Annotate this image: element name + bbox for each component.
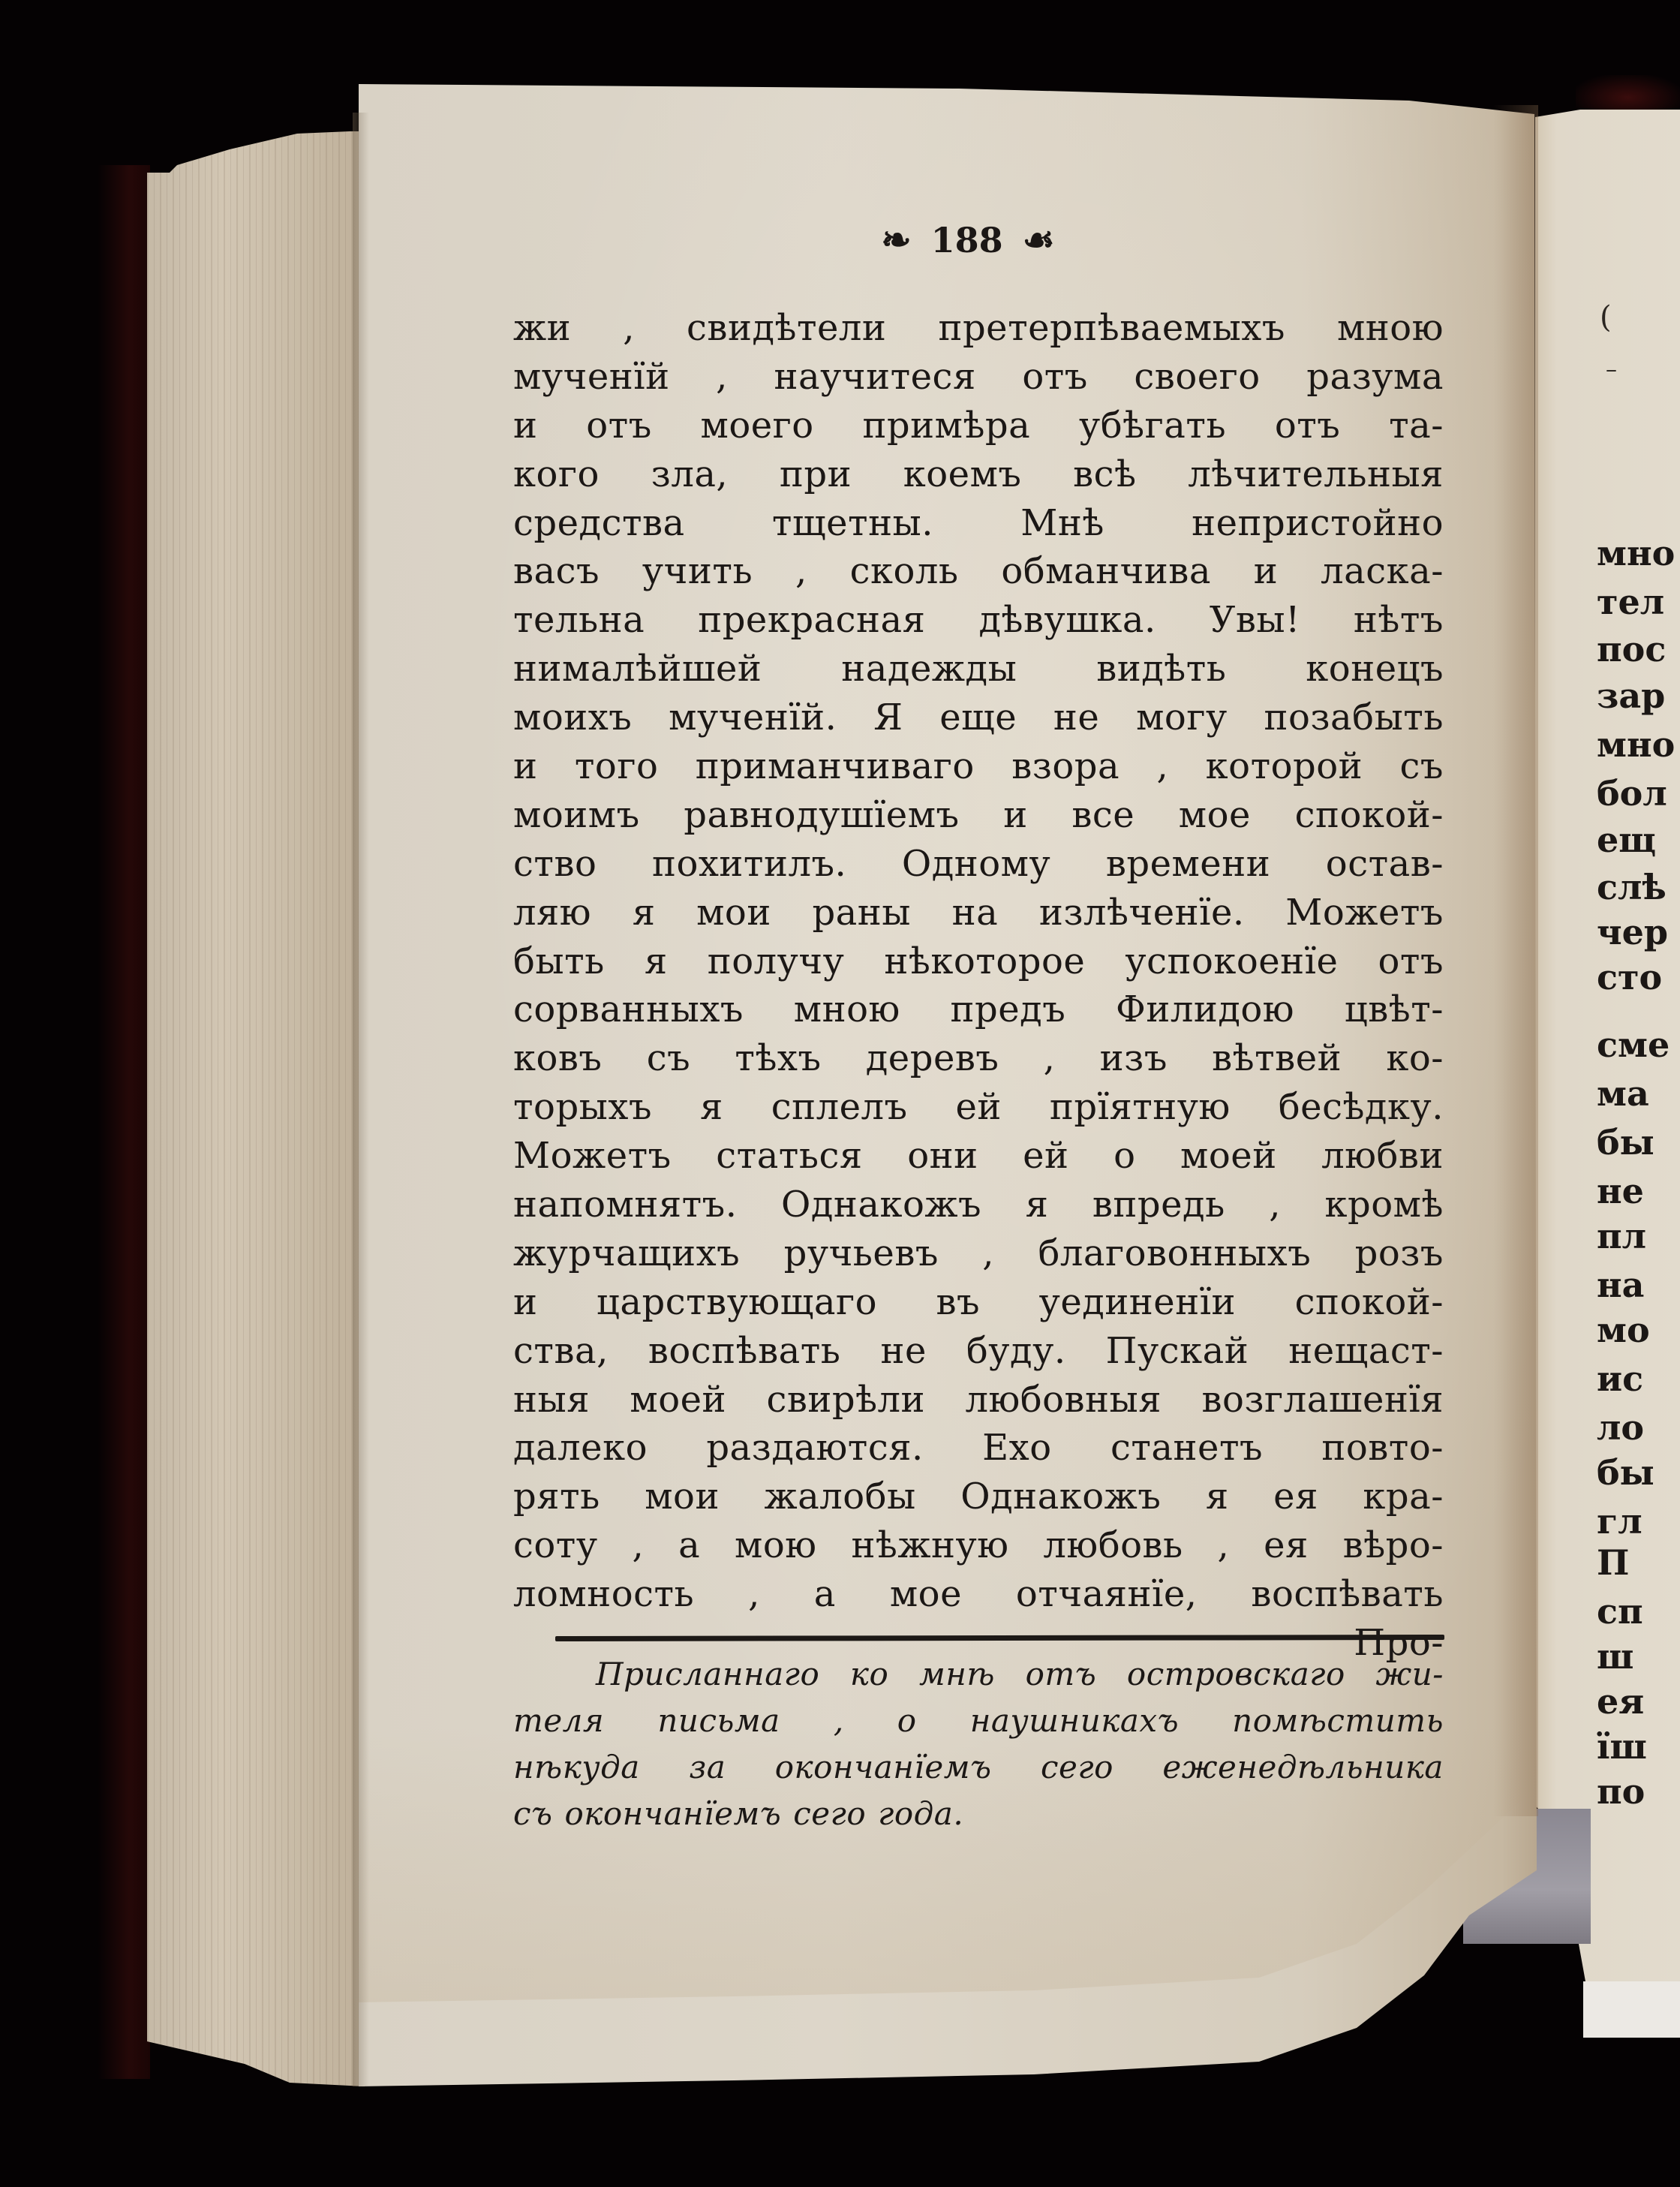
word: успокоенїе: [1125, 937, 1338, 986]
word: ства,: [513, 1327, 609, 1376]
word: благовонныхъ: [1038, 1229, 1311, 1278]
word: остав-: [1326, 840, 1444, 889]
word: конецъ: [1306, 645, 1444, 693]
text-line: ства,воспѣватьнебуду.Пускайнещаст-: [513, 1327, 1444, 1376]
word: позабыть: [1264, 693, 1443, 742]
word: царствующаго: [597, 1278, 877, 1327]
word: и: [513, 1278, 538, 1327]
word: ,: [748, 1570, 760, 1619]
text-line-fragment: ещ: [1597, 820, 1656, 860]
word: Пускай: [1106, 1327, 1249, 1376]
word: и: [1254, 547, 1279, 596]
word: излѣченїе.: [1039, 889, 1245, 937]
text-line-fragment: пл: [1597, 1216, 1646, 1256]
margin-mark: –: [1606, 356, 1617, 383]
word: та-: [1389, 402, 1444, 450]
text-line-fragment: сто: [1597, 957, 1662, 997]
word: я: [633, 889, 656, 937]
page-stack-edge: [147, 131, 365, 2086]
word: примѣра: [862, 402, 1030, 450]
word: прїятную: [1050, 1083, 1231, 1132]
word: окончанїемъ: [565, 1791, 782, 1837]
text-line: торыхъясплелъейпрїятнуюбесѣдку.: [513, 1083, 1444, 1132]
ornament-right-icon: ☙: [1023, 222, 1055, 258]
word: мнѣ: [919, 1651, 995, 1698]
text-line-fragment: тел: [1597, 582, 1664, 622]
text-line-fragment: пос: [1597, 629, 1666, 669]
word: кра-: [1363, 1473, 1444, 1521]
word: за: [689, 1744, 726, 1791]
word: кого: [513, 450, 600, 499]
word: впредь: [1092, 1181, 1225, 1229]
word: ляю: [513, 889, 591, 937]
word: моихъ: [513, 693, 632, 742]
word: ломность: [513, 1570, 694, 1619]
word: раны: [812, 889, 911, 937]
word: мною: [1337, 304, 1444, 353]
word: теля: [513, 1698, 604, 1744]
word: видѣть: [1096, 645, 1226, 693]
text-line-fragment: їш: [1597, 1726, 1647, 1767]
word: вѣтвей: [1212, 1034, 1342, 1083]
word: взора: [1011, 742, 1119, 791]
word: я: [1026, 1181, 1049, 1229]
text-line-fragment: зар: [1597, 675, 1665, 716]
footnote-line: теляписьма,онаушникахъпомѣстить: [513, 1698, 1444, 1744]
word: о: [1113, 1132, 1135, 1181]
word: ковъ: [513, 1034, 602, 1083]
text-line-fragment: не: [1597, 1171, 1644, 1211]
word: мученїй: [513, 353, 670, 402]
word: Можетъ: [1285, 889, 1444, 937]
word: ,: [716, 353, 728, 402]
word: журчащихъ: [513, 1229, 740, 1278]
word: я: [1206, 1473, 1229, 1521]
word: сего: [793, 1791, 866, 1837]
word: мою: [735, 1521, 817, 1570]
text-line: бытьяполучунѣкотороеуспокоенїеотъ: [513, 937, 1444, 986]
word: на: [952, 889, 999, 937]
word: которой: [1206, 742, 1363, 791]
word: и: [1003, 791, 1028, 840]
word: ,: [632, 1521, 644, 1570]
word: ,: [1044, 1034, 1056, 1083]
word: претерпѣваемыхъ: [938, 304, 1285, 353]
word: моей: [630, 1376, 726, 1424]
word: ей: [1023, 1132, 1068, 1181]
word: зла,: [651, 450, 729, 499]
word: уединенїи: [1039, 1278, 1236, 1327]
word: съ: [513, 1791, 553, 1837]
text-line-fragment: сп: [1597, 1591, 1643, 1632]
word: жи: [513, 304, 571, 353]
word: приманчиваго: [696, 742, 975, 791]
word: похитилъ.: [652, 840, 846, 889]
text-line: ляюямоиранынаизлѣченїе.Можетъ: [513, 889, 1444, 937]
word: мои: [645, 1473, 720, 1521]
word: сорванныхъ: [513, 985, 744, 1034]
word: Филидою: [1116, 985, 1294, 1034]
word: вѣро-: [1343, 1521, 1444, 1570]
text-line-fragment: чер: [1597, 912, 1668, 952]
word: далеко: [513, 1424, 648, 1473]
ornament-left-icon: ❧: [881, 222, 911, 258]
word: буду.: [966, 1327, 1066, 1376]
text-line-fragment: по: [1597, 1771, 1645, 1812]
word: они: [907, 1132, 978, 1181]
word: Мнѣ: [1020, 499, 1104, 548]
page-edge-shadow: [353, 113, 369, 2086]
text-line: жи,свидѣтелипретерпѣваемыхъмною: [513, 304, 1444, 353]
text-line-fragment: ис: [1597, 1358, 1643, 1399]
word: Я: [873, 693, 903, 742]
word: моего: [701, 402, 814, 450]
word: времени: [1106, 840, 1270, 889]
text-line: журчащихъручьевъ,благовонныхърозъ: [513, 1229, 1444, 1278]
word: а: [814, 1570, 836, 1619]
text-line: напомнятъ.Однакожъявпредь,кромѣ: [513, 1181, 1444, 1229]
word: предъ: [951, 985, 1066, 1034]
text-line: мученїй,научитесяотъсвоегоразума: [513, 353, 1444, 402]
word: не: [1053, 693, 1099, 742]
text-line-fragment: П: [1597, 1542, 1629, 1583]
word: нѣжную: [851, 1521, 1008, 1570]
word: еще: [939, 693, 1017, 742]
word: островскаго: [1127, 1651, 1345, 1698]
word: розъ: [1355, 1229, 1444, 1278]
word: нѣкуда: [513, 1744, 640, 1791]
text-line: иотъмоегопримѣраубѣгатьотъта-: [513, 402, 1444, 450]
text-line-fragment: ея: [1597, 1681, 1644, 1722]
word: торыхъ: [513, 1083, 652, 1132]
word: все: [1071, 791, 1135, 840]
word: Однакожъ: [960, 1473, 1161, 1521]
word: дѣвушка.: [978, 596, 1156, 645]
word: отъ: [1022, 353, 1088, 402]
word: мною: [794, 985, 900, 1034]
word: еженедѣльника: [1162, 1744, 1444, 1791]
text-line-fragment: бы: [1597, 1122, 1654, 1163]
word: могу: [1136, 693, 1228, 742]
footnote-line: нѣкудазаокончанїемъсегоеженедѣльника: [513, 1744, 1444, 1791]
word: моимъ: [513, 791, 640, 840]
word: Увы!: [1210, 596, 1300, 645]
text-line: итогоприманчиваговзора,которойсъ: [513, 742, 1444, 791]
text-line: тельнапрекраснаядѣвушка.Увы!нѣтъ: [513, 596, 1444, 645]
word: жи-: [1375, 1651, 1443, 1698]
word: наушникахъ: [970, 1698, 1179, 1744]
word: нѣтъ: [1354, 596, 1444, 645]
word: бесѣдку.: [1279, 1083, 1444, 1132]
word: воспѣвать: [648, 1327, 841, 1376]
word: ея: [1273, 1473, 1318, 1521]
word: рять: [513, 1473, 600, 1521]
word: а: [678, 1521, 700, 1570]
text-line-fragment: бол: [1597, 773, 1667, 814]
text-line: рятьмоижалобыОднакожъяеякра-: [513, 1473, 1444, 1521]
word: года.: [878, 1791, 963, 1837]
word: съ: [647, 1034, 690, 1083]
running-head: ❧ 188 ☙: [825, 210, 1110, 270]
word: деревъ: [866, 1034, 999, 1083]
text-line: ствопохитилъ.Одномувремениостав-: [513, 840, 1444, 889]
body-text: жи,свидѣтелипретерпѣваемыхъмноюмученїй,н…: [513, 304, 1444, 1668]
word: сколь: [850, 547, 959, 596]
word: кромѣ: [1325, 1181, 1444, 1229]
word: нималѣйшей: [513, 645, 762, 693]
word: непристойно: [1192, 499, 1444, 548]
text-line-fragment: ло: [1597, 1407, 1644, 1448]
text-line: ковъсътѣхъдеревъ,изъвѣтвейко-: [513, 1034, 1444, 1083]
word: воспѣвать: [1251, 1570, 1444, 1619]
text-line: сорванныхъмноюпредъФилидоюцвѣт-: [513, 985, 1444, 1034]
footnote-line: съокончанїемъсегогода.: [513, 1791, 1444, 1837]
word: сплелъ: [771, 1083, 908, 1132]
text-line: васъучить,скольобманчиваиласка-: [513, 547, 1444, 596]
page-number: 188: [931, 220, 1003, 260]
word: ей: [956, 1083, 1002, 1132]
word: моей: [1180, 1132, 1277, 1181]
text-line-fragment: мно: [1597, 533, 1675, 573]
gutter-shadow: [1493, 105, 1538, 1816]
word: о: [897, 1698, 917, 1744]
word: окончанїемъ: [775, 1744, 992, 1791]
word: я: [645, 937, 668, 986]
word: Ехо: [982, 1424, 1052, 1473]
word: свирѣли: [766, 1376, 925, 1424]
word: въ: [936, 1278, 981, 1327]
word: нещаст-: [1288, 1327, 1444, 1376]
word: спокой-: [1295, 1278, 1444, 1327]
margin-mark: (: [1600, 300, 1612, 335]
word: соту: [513, 1521, 598, 1570]
word: Одному: [902, 840, 1050, 889]
word: средства: [513, 499, 685, 548]
word: отчаянїе,: [1016, 1570, 1198, 1619]
text-line: моимъравнодушїемъивсемоеспокой-: [513, 791, 1444, 840]
word: обманчива: [1001, 547, 1211, 596]
word: прекрасная: [698, 596, 925, 645]
text-line: когозла,прикоемъвсѣлѣчительныя: [513, 450, 1444, 499]
word: тельна: [513, 596, 645, 645]
word: повто-: [1321, 1424, 1444, 1473]
word: ко-: [1386, 1034, 1444, 1083]
word: всѣ: [1073, 450, 1136, 499]
text-line-fragment: бы: [1597, 1452, 1654, 1493]
text-line: ицарствующаговъуединенїиспокой-: [513, 1278, 1444, 1327]
background-cloth-left: [98, 165, 150, 2079]
word: мое: [890, 1570, 962, 1619]
word: Однакожъ: [781, 1181, 981, 1229]
text-line: Можетъстатьсяониейомоейлюбви: [513, 1132, 1444, 1181]
word: спокой-: [1295, 791, 1444, 840]
word: ласка-: [1321, 547, 1444, 596]
word: своего: [1134, 353, 1260, 402]
word: лѣчительныя: [1188, 450, 1444, 499]
word: я: [700, 1083, 723, 1132]
text-line: нималѣйшейнадеждывидѣтьконецъ: [513, 645, 1444, 693]
text-line-fragment: слѣ: [1597, 867, 1666, 907]
word: учить: [642, 547, 753, 596]
word: при: [780, 450, 852, 499]
word: помѣстить: [1232, 1698, 1444, 1744]
word: и: [513, 742, 538, 791]
word: тѣхъ: [735, 1034, 821, 1083]
word: любовь: [1043, 1521, 1183, 1570]
word: ,: [623, 304, 635, 353]
word: жалобы: [764, 1473, 915, 1521]
word: свидѣтели: [687, 304, 886, 353]
word: отъ: [1378, 937, 1444, 986]
word: ,: [1157, 742, 1169, 791]
word: письма: [657, 1698, 780, 1744]
word: статься: [716, 1132, 862, 1181]
text-line: средстватщетны.Мнѣнепристойно: [513, 499, 1444, 548]
text-line-fragment: гл: [1597, 1501, 1642, 1542]
word: и: [513, 402, 538, 450]
word: васъ: [513, 547, 600, 596]
text-line-fragment: ш: [1597, 1636, 1633, 1677]
word: отъ: [586, 402, 652, 450]
word: ,: [834, 1698, 844, 1744]
word: любовныя: [965, 1376, 1162, 1424]
word: не: [880, 1327, 926, 1376]
word: ,: [1218, 1521, 1230, 1570]
word: сего: [1041, 1744, 1113, 1791]
word: цвѣт-: [1345, 985, 1444, 1034]
word: тщетны.: [772, 499, 933, 548]
word: мое: [1179, 791, 1251, 840]
word: мои: [696, 889, 771, 937]
text-line: ныямоейсвирѣлилюбовныявозглашенїя: [513, 1376, 1444, 1424]
word: ,: [795, 547, 807, 596]
word: ство: [513, 840, 597, 889]
word: быть: [513, 937, 605, 986]
text-line: ломность,амоеотчаянїе,воспѣвать: [513, 1570, 1444, 1619]
word: съ: [1400, 742, 1444, 791]
word: надежды: [841, 645, 1017, 693]
word: ныя: [513, 1376, 590, 1424]
word: того: [575, 742, 659, 791]
footnote: Присланнагокомнѣотъостровскагожи-теляпис…: [513, 1651, 1444, 1837]
text-line-fragment: ма: [1597, 1073, 1649, 1114]
text-line-fragment: мо: [1597, 1310, 1650, 1350]
word: Присланнаго: [596, 1651, 819, 1698]
word: ручьевъ: [784, 1229, 939, 1278]
word: отъ: [1275, 402, 1341, 450]
text-line: далекораздаются.Ехостанетъповто-: [513, 1424, 1444, 1473]
footnote-line: Присланнагокомнѣотъостровскагожи-: [513, 1651, 1444, 1698]
word: ,: [1269, 1181, 1281, 1229]
word: изъ: [1100, 1034, 1168, 1083]
word: отъ: [1026, 1651, 1097, 1698]
text-line-fragment: мно: [1597, 724, 1675, 765]
word: убѣгать: [1079, 402, 1226, 450]
word: ея: [1264, 1521, 1309, 1570]
word: ко: [850, 1651, 888, 1698]
text-line: соту,амоюнѣжнуюлюбовь,еявѣро-: [513, 1521, 1444, 1570]
word: разума: [1306, 353, 1444, 402]
word: научитеся: [774, 353, 976, 402]
word: станетъ: [1110, 1424, 1263, 1473]
word: раздаются.: [706, 1424, 923, 1473]
text-line-fragment: на: [1597, 1265, 1644, 1305]
word: любви: [1321, 1132, 1444, 1181]
word: получу: [708, 937, 845, 986]
word: Можетъ: [513, 1132, 672, 1181]
text-line: моихъмученїй.Яещенемогупозабыть: [513, 693, 1444, 742]
word: напомнятъ.: [513, 1181, 737, 1229]
word: равнодушїемъ: [684, 791, 959, 840]
word: нѣкоторое: [884, 937, 1085, 986]
word: ,: [982, 1229, 994, 1278]
word: мученїй.: [669, 693, 837, 742]
word: возглашенїя: [1201, 1376, 1444, 1424]
word: коемъ: [903, 450, 1022, 499]
text-line-fragment: сме: [1597, 1024, 1669, 1065]
